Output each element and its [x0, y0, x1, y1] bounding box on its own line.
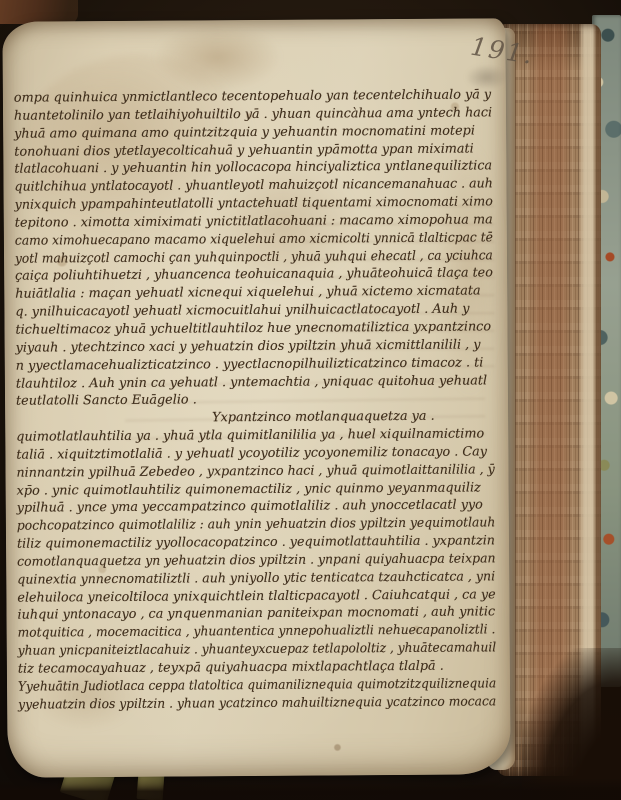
- paper-stain: [152, 22, 282, 93]
- manuscript-line: çaiça poliuhtihuetzi , yhuancenca teohui…: [15, 266, 490, 287]
- manuscript-page: 191. ompa quinhuica ynmictlantleco tecen…: [2, 18, 510, 777]
- manuscript-line: yyehuatzin dios ypiltzin . yhuan ycatzin…: [18, 694, 478, 715]
- photo-vignette: [0, 778, 621, 800]
- manuscript-line: ynixquich ypampahinteutlatolli yntactehu…: [15, 194, 487, 215]
- manuscript-line: yhuan ynicpaniteiztlacahuiz . yhuanteyxc…: [18, 641, 473, 662]
- heading-line: Yxpantzinco motlanquaquetza ya .: [212, 409, 494, 429]
- book-photograph: 191. ompa quinhuica ynmictlantleco tecen…: [0, 0, 621, 800]
- text-block: ompa quinhuica ynmictlantleco tecentopeh…: [14, 87, 496, 715]
- manuscript-line: ninnantzin ypilhuā Zebedeo , yxpantzinco…: [16, 462, 488, 483]
- manuscript-line: huantetolinilo yan tetlaihiyohuiltilo yā…: [14, 105, 489, 126]
